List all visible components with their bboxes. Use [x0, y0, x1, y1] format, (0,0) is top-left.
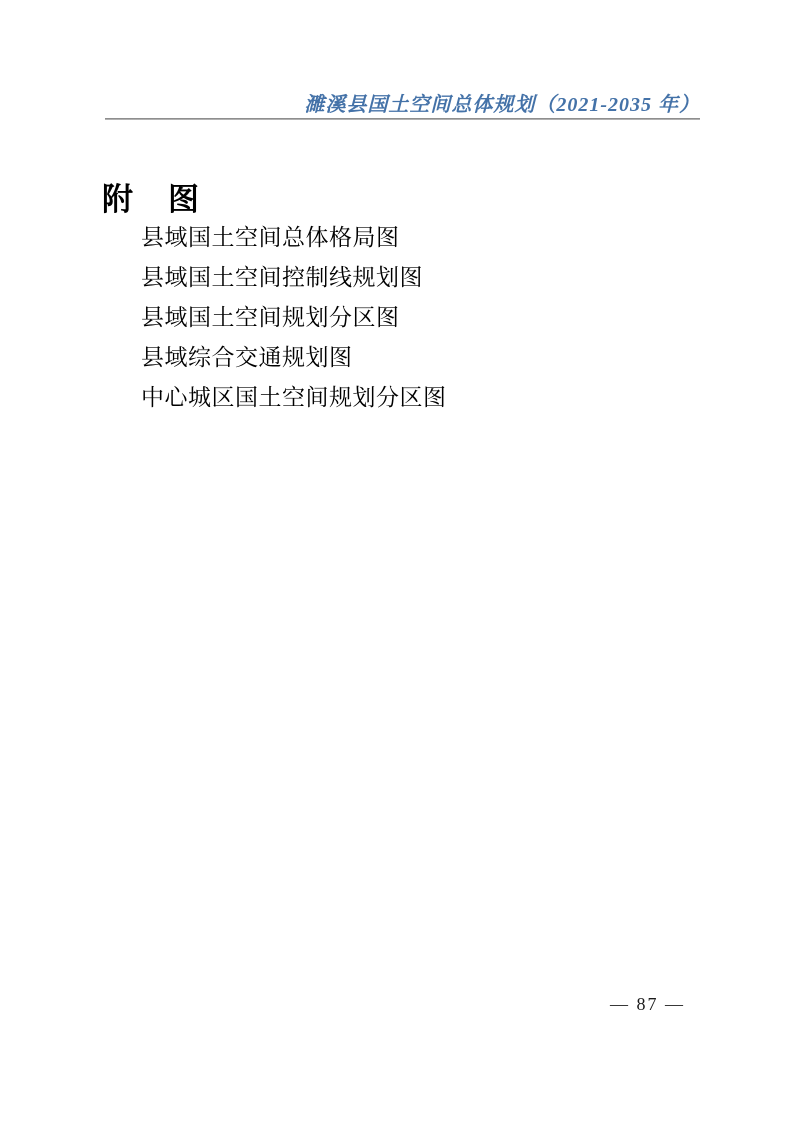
figure-list-item: 县域综合交通规划图: [141, 338, 447, 378]
document-page: 濉溪县国土空间总体规划（2021-2035 年） 附 图 县域国土空间总体格局图…: [0, 0, 793, 1122]
figure-list-item: 县域国土空间控制线规划图: [141, 258, 447, 298]
section-title: 附 图: [102, 174, 201, 219]
page-header-title: 濉溪县国土空间总体规划（2021-2035 年）: [304, 88, 700, 117]
figure-list-item: 县域国土空间总体格局图: [141, 218, 447, 258]
figure-list-item: 县域国土空间规划分区图: [141, 298, 447, 338]
figure-list-item: 中心城区国土空间规划分区图: [141, 378, 447, 418]
figure-list: 县域国土空间总体格局图 县域国土空间控制线规划图 县域国土空间规划分区图 县域综…: [141, 218, 447, 418]
header-rule-line: [105, 118, 700, 120]
page-number: — 87 —: [610, 994, 685, 1015]
